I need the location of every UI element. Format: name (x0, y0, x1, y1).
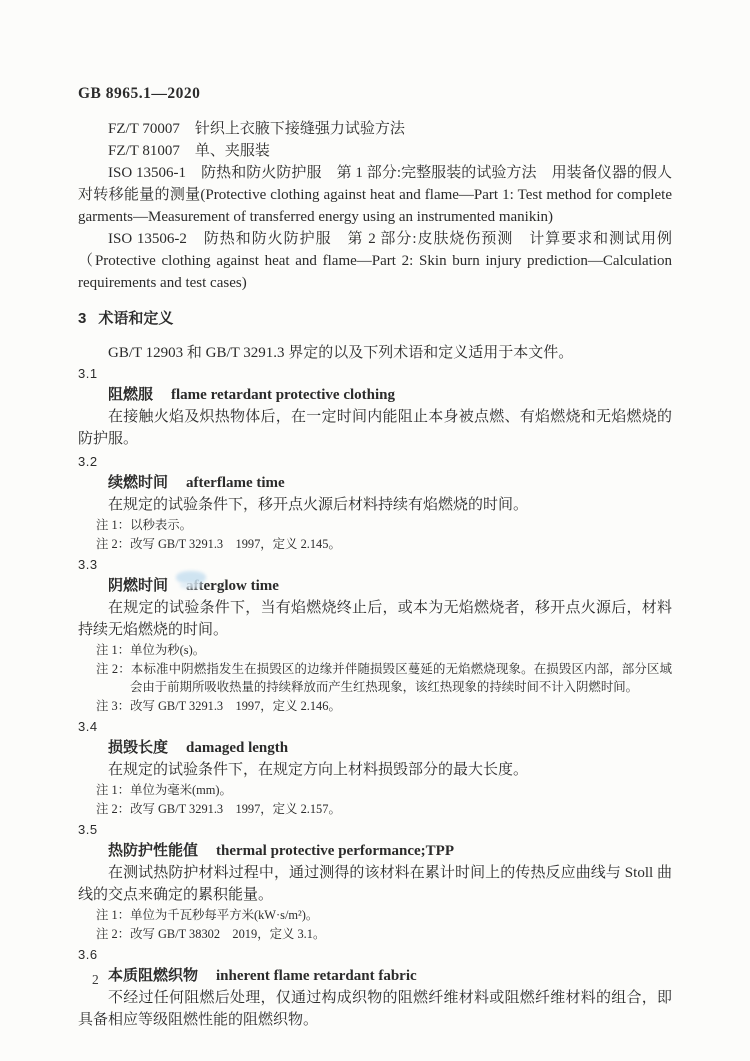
section-intro: GB/T 12903 和 GB/T 3291.3 界定的以及下列术语和定义适用于… (78, 342, 672, 364)
page-number: 2 (92, 972, 99, 988)
normative-references: FZ/T 70007 针织上衣腋下接缝强力试验方法 FZ/T 81007 单、夹… (78, 118, 672, 294)
section-number: 3 (78, 310, 86, 327)
clause-number: 3.4 (78, 717, 672, 737)
term-block: 3.3 阴燃时间afterglow time 在规定的试验条件下，当有焰燃烧终止… (78, 555, 672, 715)
term-note: 注 1：单位为毫米(mm)。 (78, 781, 672, 800)
clause-number: 3.6 (78, 945, 672, 965)
term-chinese: 损毁长度 (108, 739, 168, 756)
term-block: 3.5 热防护性能值thermal protective performance… (78, 820, 672, 943)
term-chinese: 热防护性能值 (108, 842, 198, 859)
reference-item: FZ/T 70007 针织上衣腋下接缝强力试验方法 (78, 118, 672, 140)
reference-paragraph: ISO 13506-1 防热和防火防护服 第 1 部分:完整服装的试验方法 用装… (78, 162, 672, 228)
term-definition: 在规定的试验条件下，移开点火源后材料持续有焰燃烧的时间。 (78, 494, 672, 516)
term-note: 注 1：单位为千瓦秒每平方米(kW·s/m²)。 (78, 906, 672, 925)
clause-number: 3.5 (78, 820, 672, 840)
reference-paragraph: ISO 13506-2 防热和防火防护服 第 2 部分:皮肤烧伤预测 计算要求和… (78, 228, 672, 294)
term-block: 3.6 本质阻燃织物inherent flame retardant fabri… (78, 945, 672, 1031)
term-definition: 在接触火焰及炽热物体后，在一定时间内能阻止本身被点燃、有焰燃烧和无焰燃烧的防护服… (78, 406, 672, 450)
term-note: 注 2：改写 GB/T 3291.3 1997，定义 2.157。 (78, 800, 672, 819)
term-english: inherent flame retardant fabric (216, 968, 417, 984)
term-line: 阻燃服flame retardant protective clothing (78, 384, 672, 406)
term-note: 注 2：改写 GB/T 38302 2019，定义 3.1。 (78, 925, 672, 944)
section-heading: 3术语和定义 (78, 308, 672, 330)
term-note: 注 2：改写 GB/T 3291.3 1997，定义 2.145。 (78, 535, 672, 554)
term-english: afterflame time (186, 475, 285, 491)
term-chinese: 阴燃时间 (108, 577, 168, 594)
clause-number: 3.3 (78, 555, 672, 575)
document-page: GB 8965.1—2020 FZ/T 70007 针织上衣腋下接缝强力试验方法… (0, 0, 750, 1061)
term-english: flame retardant protective clothing (171, 387, 395, 403)
term-definition: 不经过任何阻燃后处理，仅通过构成织物的阻燃纤维材料或阻燃纤维材料的组合，即具备相… (78, 987, 672, 1031)
term-block: 3.4 损毁长度damaged length 在规定的试验条件下，在规定方向上材… (78, 717, 672, 818)
term-note: 注 1：以秒表示。 (78, 516, 672, 535)
term-line: 损毁长度damaged length (78, 737, 672, 759)
clause-number: 3.1 (78, 364, 672, 384)
term-english: thermal protective performance;TPP (216, 843, 454, 859)
scan-ink-smudge (180, 582, 202, 589)
term-definition: 在规定的试验条件下，在规定方向上材料损毁部分的最大长度。 (78, 759, 672, 781)
term-english: damaged length (186, 740, 288, 756)
term-definition: 在规定的试验条件下，当有焰燃烧终止后，或本为无焰燃烧者，移开点火源后，材料持续无… (78, 597, 672, 641)
term-note: 注 2：本标准中阴燃指发生在损毁区的边缘并伴随损毁区蔓延的无焰燃烧现象。在损毁区… (78, 660, 672, 697)
standard-number-header: GB 8965.1—2020 (78, 84, 672, 104)
section-title: 术语和定义 (98, 310, 173, 327)
term-block: 3.1 阻燃服flame retardant protective clothi… (78, 364, 672, 450)
term-chinese: 阻燃服 (108, 386, 153, 403)
term-block: 3.2 续燃时间afterflame time 在规定的试验条件下，移开点火源后… (78, 452, 672, 553)
term-line: 本质阻燃织物inherent flame retardant fabric (78, 965, 672, 987)
term-chinese: 续燃时间 (108, 474, 168, 491)
term-line: 阴燃时间afterglow time (78, 575, 672, 597)
term-line: 续燃时间afterflame time (78, 472, 672, 494)
clause-number: 3.2 (78, 452, 672, 472)
term-note: 注 1：单位为秒(s)。 (78, 641, 672, 660)
term-line: 热防护性能值thermal protective performance;TPP (78, 840, 672, 862)
term-note: 注 3：改写 GB/T 3291.3 1997，定义 2.146。 (78, 697, 672, 716)
term-definition: 在测试热防护材料过程中，通过测得的该材料在累计时间上的传热反应曲线与 Stoll… (78, 862, 672, 906)
reference-item: FZ/T 81007 单、夹服装 (78, 140, 672, 162)
term-chinese: 本质阻燃织物 (108, 967, 198, 984)
